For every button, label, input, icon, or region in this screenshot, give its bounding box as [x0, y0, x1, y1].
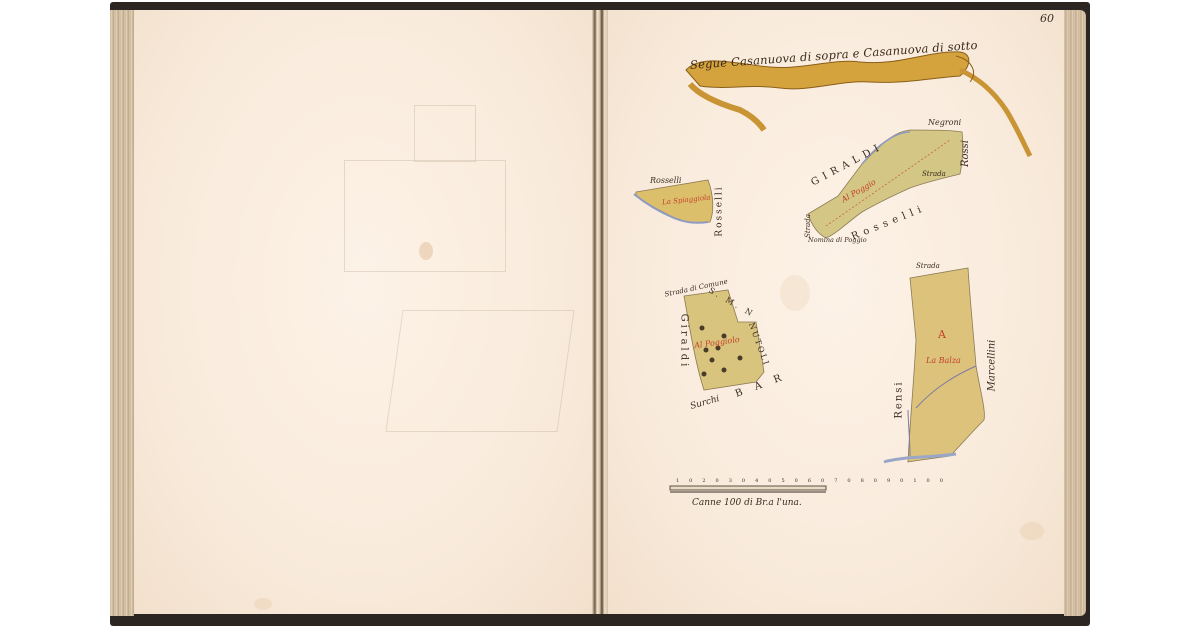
- scale-tick: 80: [861, 478, 887, 484]
- label-neighbor: Rossi: [960, 140, 971, 167]
- label-neighbor: Marcellini: [986, 340, 997, 392]
- scale-tick: 60: [808, 478, 834, 484]
- scale-tick: 90: [887, 478, 913, 484]
- scale-tick: 70: [834, 478, 860, 484]
- label-neighbor: Negroni: [928, 118, 961, 127]
- label-neighbor: Rosselli: [650, 176, 681, 185]
- scale-tick: 40: [755, 478, 781, 484]
- label-neighbor: Giraldi: [678, 314, 689, 370]
- label-neighbor: Strada: [804, 214, 812, 238]
- label-neighbor: Nomina di Poggio: [808, 236, 867, 244]
- scale-caption: Canne 100 di Br.a l'una.: [692, 498, 802, 508]
- scale-tick: 20: [702, 478, 728, 484]
- label-neighbor: Strada: [922, 170, 946, 178]
- scale-tick: 10: [676, 478, 702, 484]
- scale-tick: 30: [729, 478, 755, 484]
- parcel-name: La Balza: [926, 356, 961, 365]
- label-neighbor: Strada: [916, 262, 940, 270]
- scale-ticks: 102030405060708090100: [676, 478, 953, 484]
- scale-bar: [670, 486, 826, 492]
- map-drawing: [0, 0, 1200, 628]
- label-neighbor: Rensi: [894, 380, 905, 418]
- scale-tick: 100: [913, 478, 953, 484]
- scale-tick: 50: [782, 478, 808, 484]
- parcel-letter: A: [938, 328, 946, 341]
- parcel-la-balza: [908, 268, 984, 462]
- page-number: 60: [1040, 12, 1054, 25]
- label-neighbor: Rosselli: [715, 185, 725, 236]
